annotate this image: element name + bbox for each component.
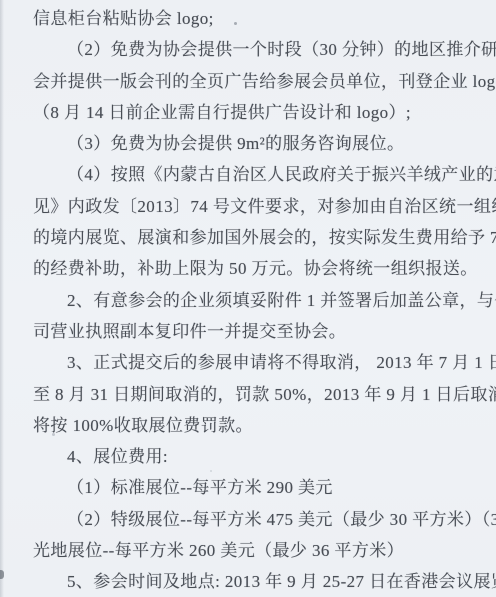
text-line: （8 月 14 日前企业需自行提供广告设计和 logo）; — [33, 97, 466, 128]
text-line: （3）免费为协会提供 9m²的服务咨询展位。 — [33, 128, 466, 159]
document-page: 信息柜台粘贴协会 logo;（2）免费为协会提供一个时段（30 分钟）的地区推介… — [0, 0, 496, 597]
text-line: （2）免费为协会提供一个时段（30 分钟）的地区推介研讨 — [33, 34, 466, 65]
text-line: （2）特级展位--每平方米 475 美元（最少 30 平方米）（3） — [33, 504, 466, 535]
text-line: 见》内政发〔2013〕74 号文件要求，对参加由自治区统一组织 — [33, 191, 466, 222]
text-line: 5、参会时间及地点: 2013 年 9 月 25-27 日在香港会议展览 — [33, 566, 466, 597]
text-line: 至 8 月 31 日期间取消的，罚款 50%，2013 年 9 月 1 日后取消… — [33, 379, 466, 410]
text-line: 信息柜台粘贴协会 logo; — [33, 3, 466, 34]
text-line: 会并提供一版会刊的全页广告给参展会员单位，刊登企业 logo — [33, 66, 466, 97]
document-text: 信息柜台粘贴协会 logo;（2）免费为协会提供一个时段（30 分钟）的地区推介… — [33, 3, 466, 597]
text-line: 的境内展览、展演和参加国外展会的，按实际发生费用给予 70% — [33, 222, 466, 253]
text-line: 将按 100%收取展位费罚款。 — [33, 410, 466, 441]
text-line: 3、正式提交后的参展申请将不得取消， 2013 年 7 月 1 日 — [33, 347, 466, 378]
text-line: 光地展位--每平方米 260 美元（最少 36 平方米） — [33, 535, 466, 566]
text-line: 2、有意参会的企业须填妥附件 1 并签署后加盖公章，与公 — [33, 285, 466, 316]
text-line: 的经费补助，补助上限为 50 万元。协会将统一组织报送。 — [33, 253, 466, 284]
text-line: 4、展位费用: — [33, 441, 466, 472]
text-line: （4）按照《内蒙古自治区人民政府关于振兴羊绒产业的意 — [33, 159, 466, 190]
text-line: 司营业执照副本复印件一并提交至协会。 — [33, 316, 466, 347]
text-line: （1）标准展位--每平方米 290 美元 — [33, 472, 466, 503]
